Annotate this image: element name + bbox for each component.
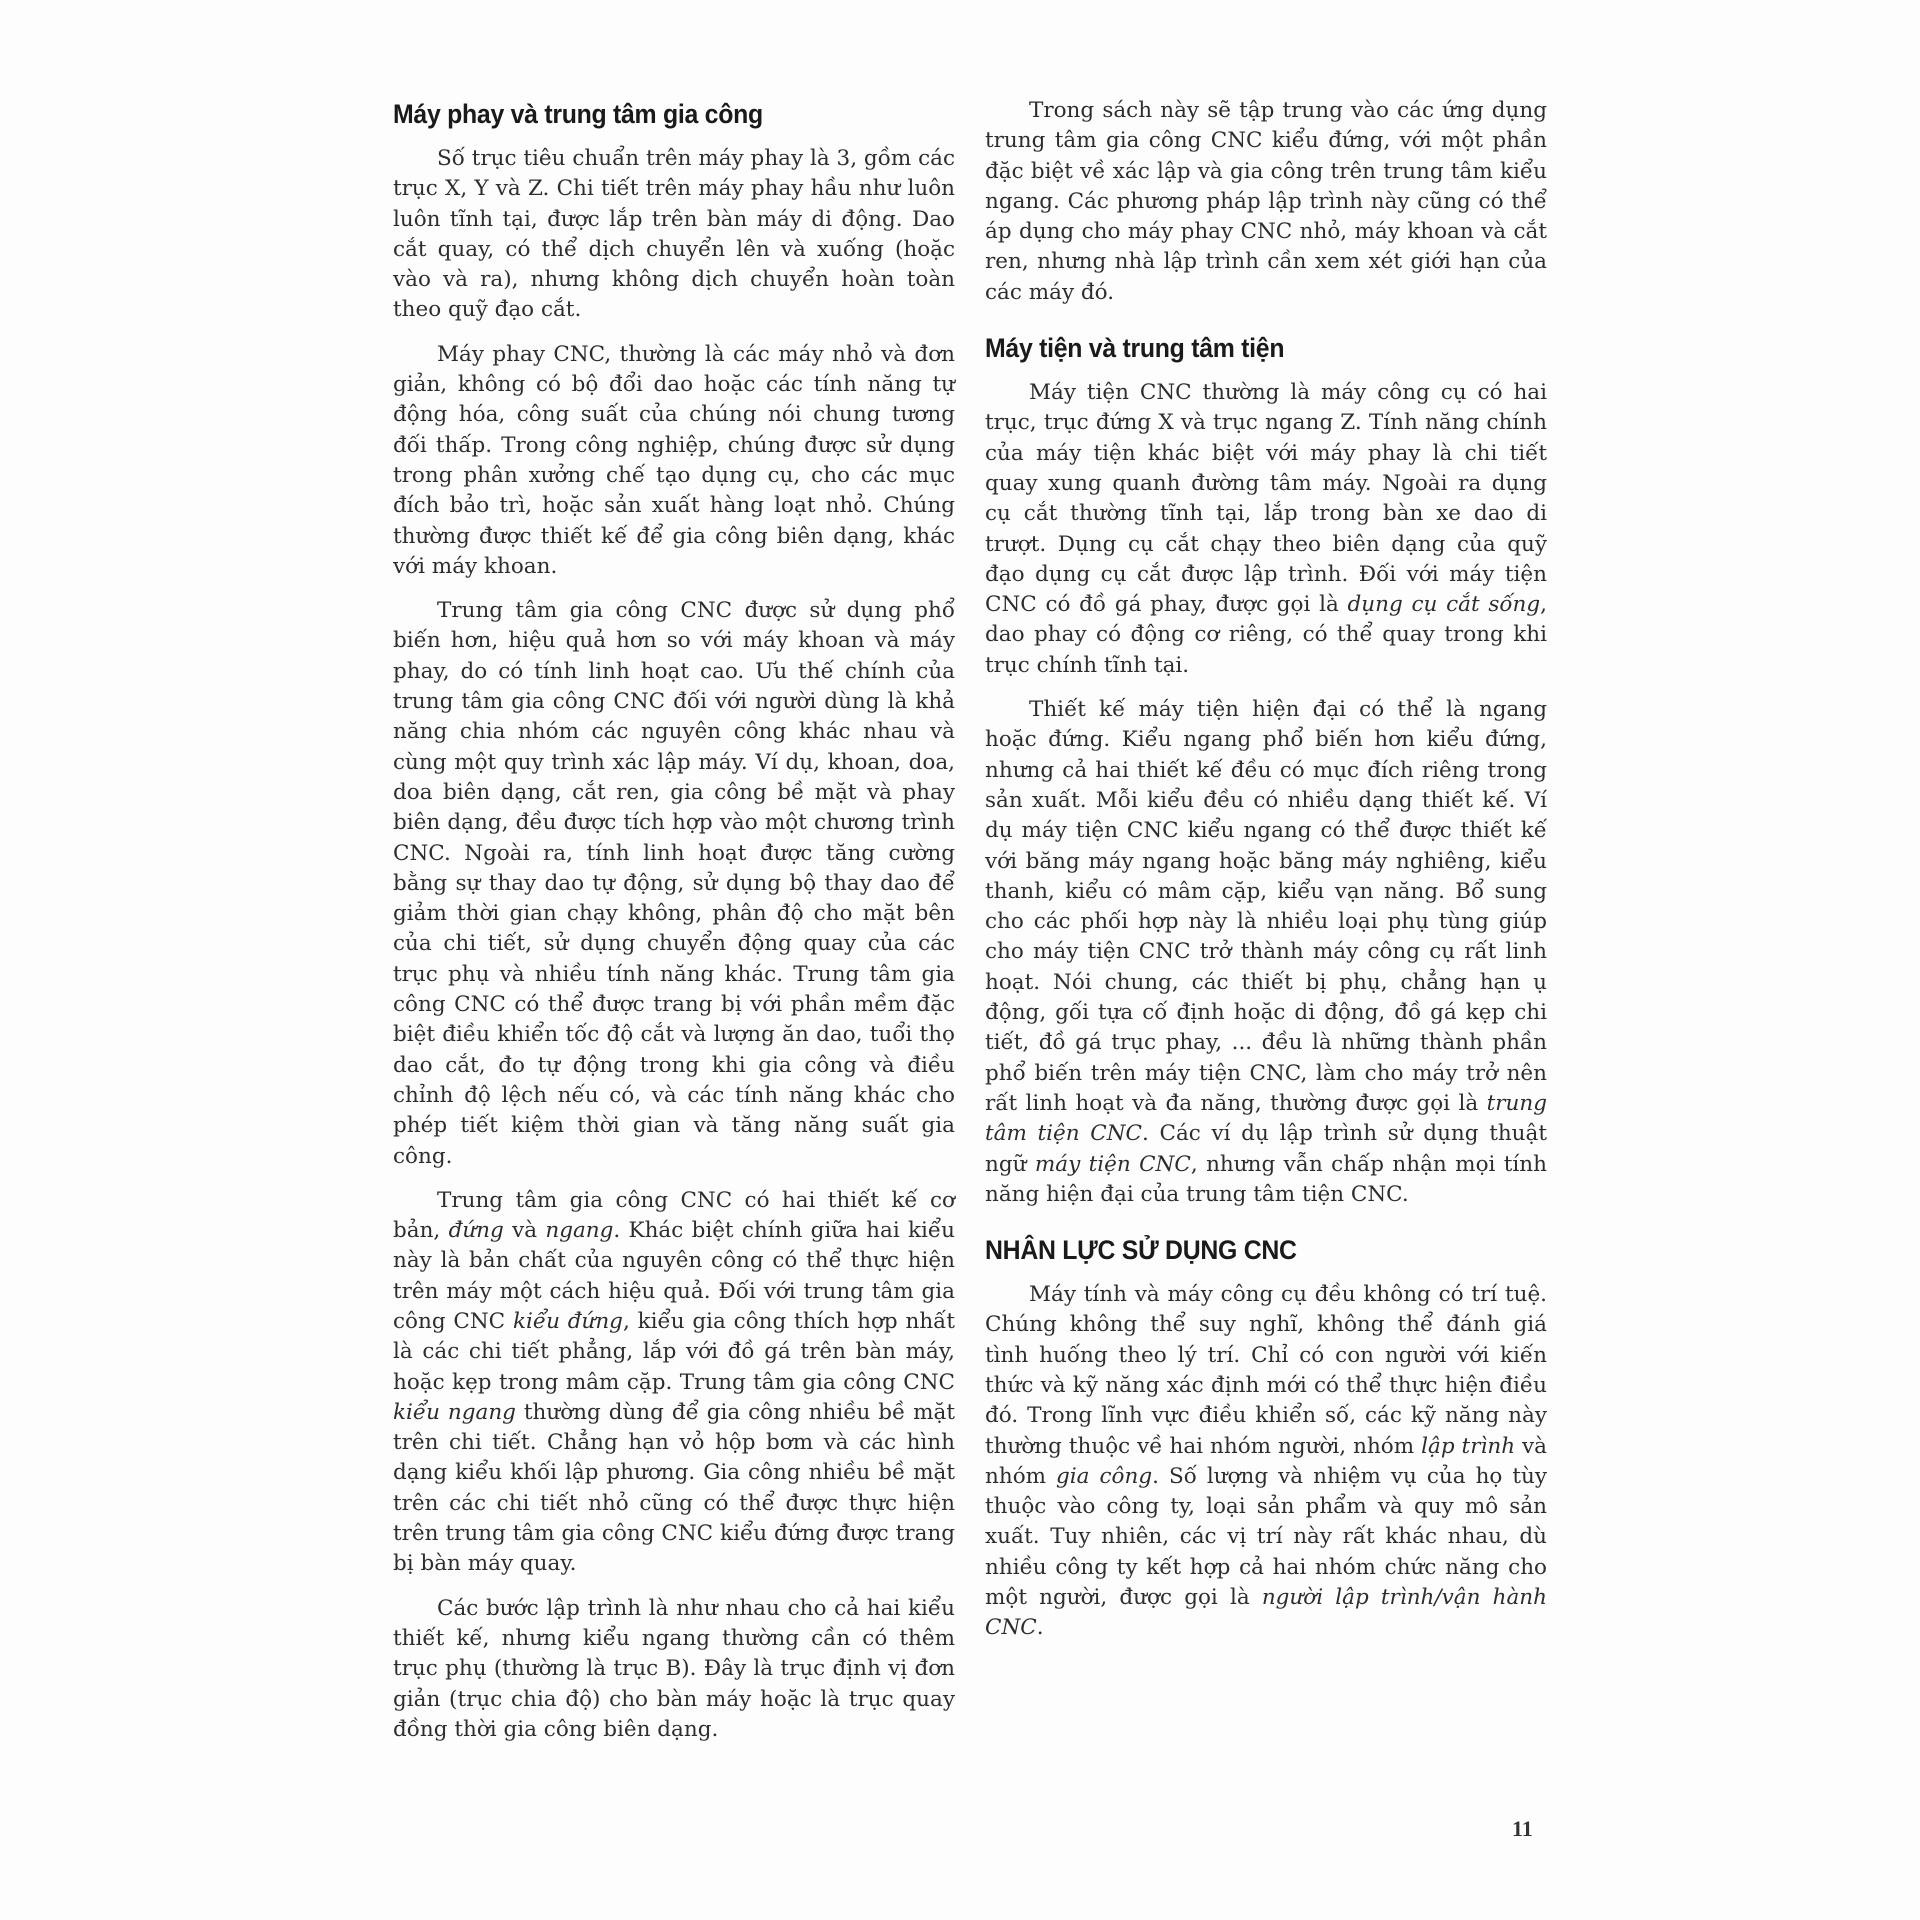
paragraph: Thiết kế máy tiện hiện đại có thể là nga… — [985, 695, 1547, 1210]
section-heading-lathe: Máy tiện và trung tâm tiện — [985, 330, 1502, 366]
paragraph: Máy tính và máy công cụ đều không có trí… — [985, 1280, 1547, 1644]
text-run: thường dùng để gia công nhiều bề mặt trê… — [393, 1400, 955, 1576]
paragraph: Máy tiện CNC thường là máy công cụ có ha… — [985, 378, 1547, 681]
text-run: Máy tiện CNC thường là máy công cụ có ha… — [985, 380, 1547, 617]
paragraph: Các bước lập trình là như nhau cho cả ha… — [393, 1594, 955, 1745]
paragraph: Số trục tiêu chuẩn trên máy phay là 3, g… — [393, 144, 955, 326]
text-run: Thiết kế máy tiện hiện đại có thể là nga… — [985, 697, 1547, 1116]
page-number: 11 — [1512, 1816, 1533, 1842]
paragraph: Trung tâm gia công CNC có hai thiết kế c… — [393, 1186, 955, 1580]
text-run: . — [1037, 1615, 1044, 1640]
left-column: Máy phay và trung tâm gia công Số trục t… — [393, 96, 955, 1759]
paragraph: Máy phay CNC, thường là các máy nhỏ và đ… — [393, 340, 955, 582]
section-heading-cnc-personnel: NHÂN LỰC SỬ DỤNG CNC — [985, 1232, 1502, 1268]
paragraph: Trung tâm gia công CNC được sử dụng phổ … — [393, 596, 955, 1172]
book-page: Máy phay và trung tâm gia công Số trục t… — [0, 0, 1920, 1920]
italic-term: gia công — [1056, 1464, 1152, 1489]
italic-term: dụng cụ cắt sống — [1348, 592, 1541, 617]
section-heading-milling: Máy phay và trung tâm gia công — [393, 96, 910, 132]
italic-term: lập trình — [1421, 1434, 1515, 1459]
text-run: và — [504, 1218, 546, 1243]
italic-term: máy tiện CNC — [1035, 1152, 1191, 1177]
right-column: Trong sách này sẽ tập trung vào các ứng … — [985, 96, 1547, 1658]
italic-term: ngang — [545, 1218, 613, 1243]
italic-term: kiểu đứng — [513, 1309, 623, 1334]
paragraph: Trong sách này sẽ tập trung vào các ứng … — [985, 96, 1547, 308]
italic-term: đứng — [449, 1218, 504, 1243]
text-run: Máy tính và máy công cụ đều không có trí… — [985, 1282, 1547, 1458]
italic-term: kiểu ngang — [393, 1400, 516, 1425]
